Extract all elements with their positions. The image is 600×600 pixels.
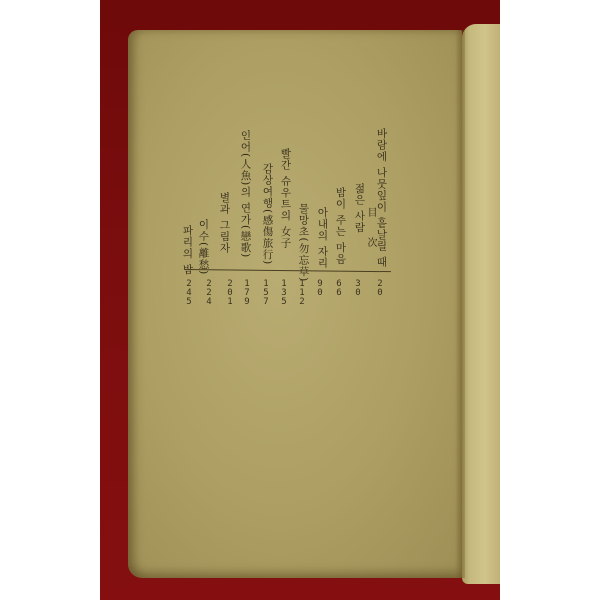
toc-entry-page-number: 66 (334, 280, 344, 298)
book-page (128, 30, 462, 578)
toc-entry-title: 아내의 자리 (317, 207, 328, 269)
toc-entry-title: 빨간 슈우트의 女子 (280, 148, 291, 249)
toc-entry-page-number: 157 (261, 280, 271, 307)
toc-entry-page-number: 20 (375, 280, 385, 298)
toc-entry-page-number: 135 (279, 280, 289, 307)
toc-entry-page-number: 201 (225, 280, 235, 307)
toc-entry-page-number: 112 (297, 280, 307, 307)
toc-entry-page-number: 224 (204, 280, 214, 307)
toc-entry-title: 감상여행(感傷旅行) (262, 163, 273, 265)
toc-entry-title: 파리의 밤 (182, 225, 193, 275)
adjacent-page-edge (462, 24, 500, 584)
toc-entry-title: 인어(人魚)의 연가(戀歌) (240, 130, 251, 258)
toc-entry-page-number: 179 (242, 280, 252, 307)
toc-entry-page-number: 30 (353, 280, 363, 298)
page-gutter-shadow (455, 30, 465, 578)
toc-entry-page-number: 245 (184, 280, 194, 307)
toc-entry-title: 밤이 주는 마음 (335, 187, 346, 265)
toc-entry-title: 이수(離愁) (198, 219, 209, 275)
toc-entry-title: 별과 그림자 (219, 192, 230, 254)
toc-entry-title: 바람에 나뭇잎이 흩날릴 때 (376, 128, 387, 268)
toc-entry-page-number: 90 (315, 280, 325, 298)
toc-entry-title: 젊은 사람 (354, 183, 365, 233)
